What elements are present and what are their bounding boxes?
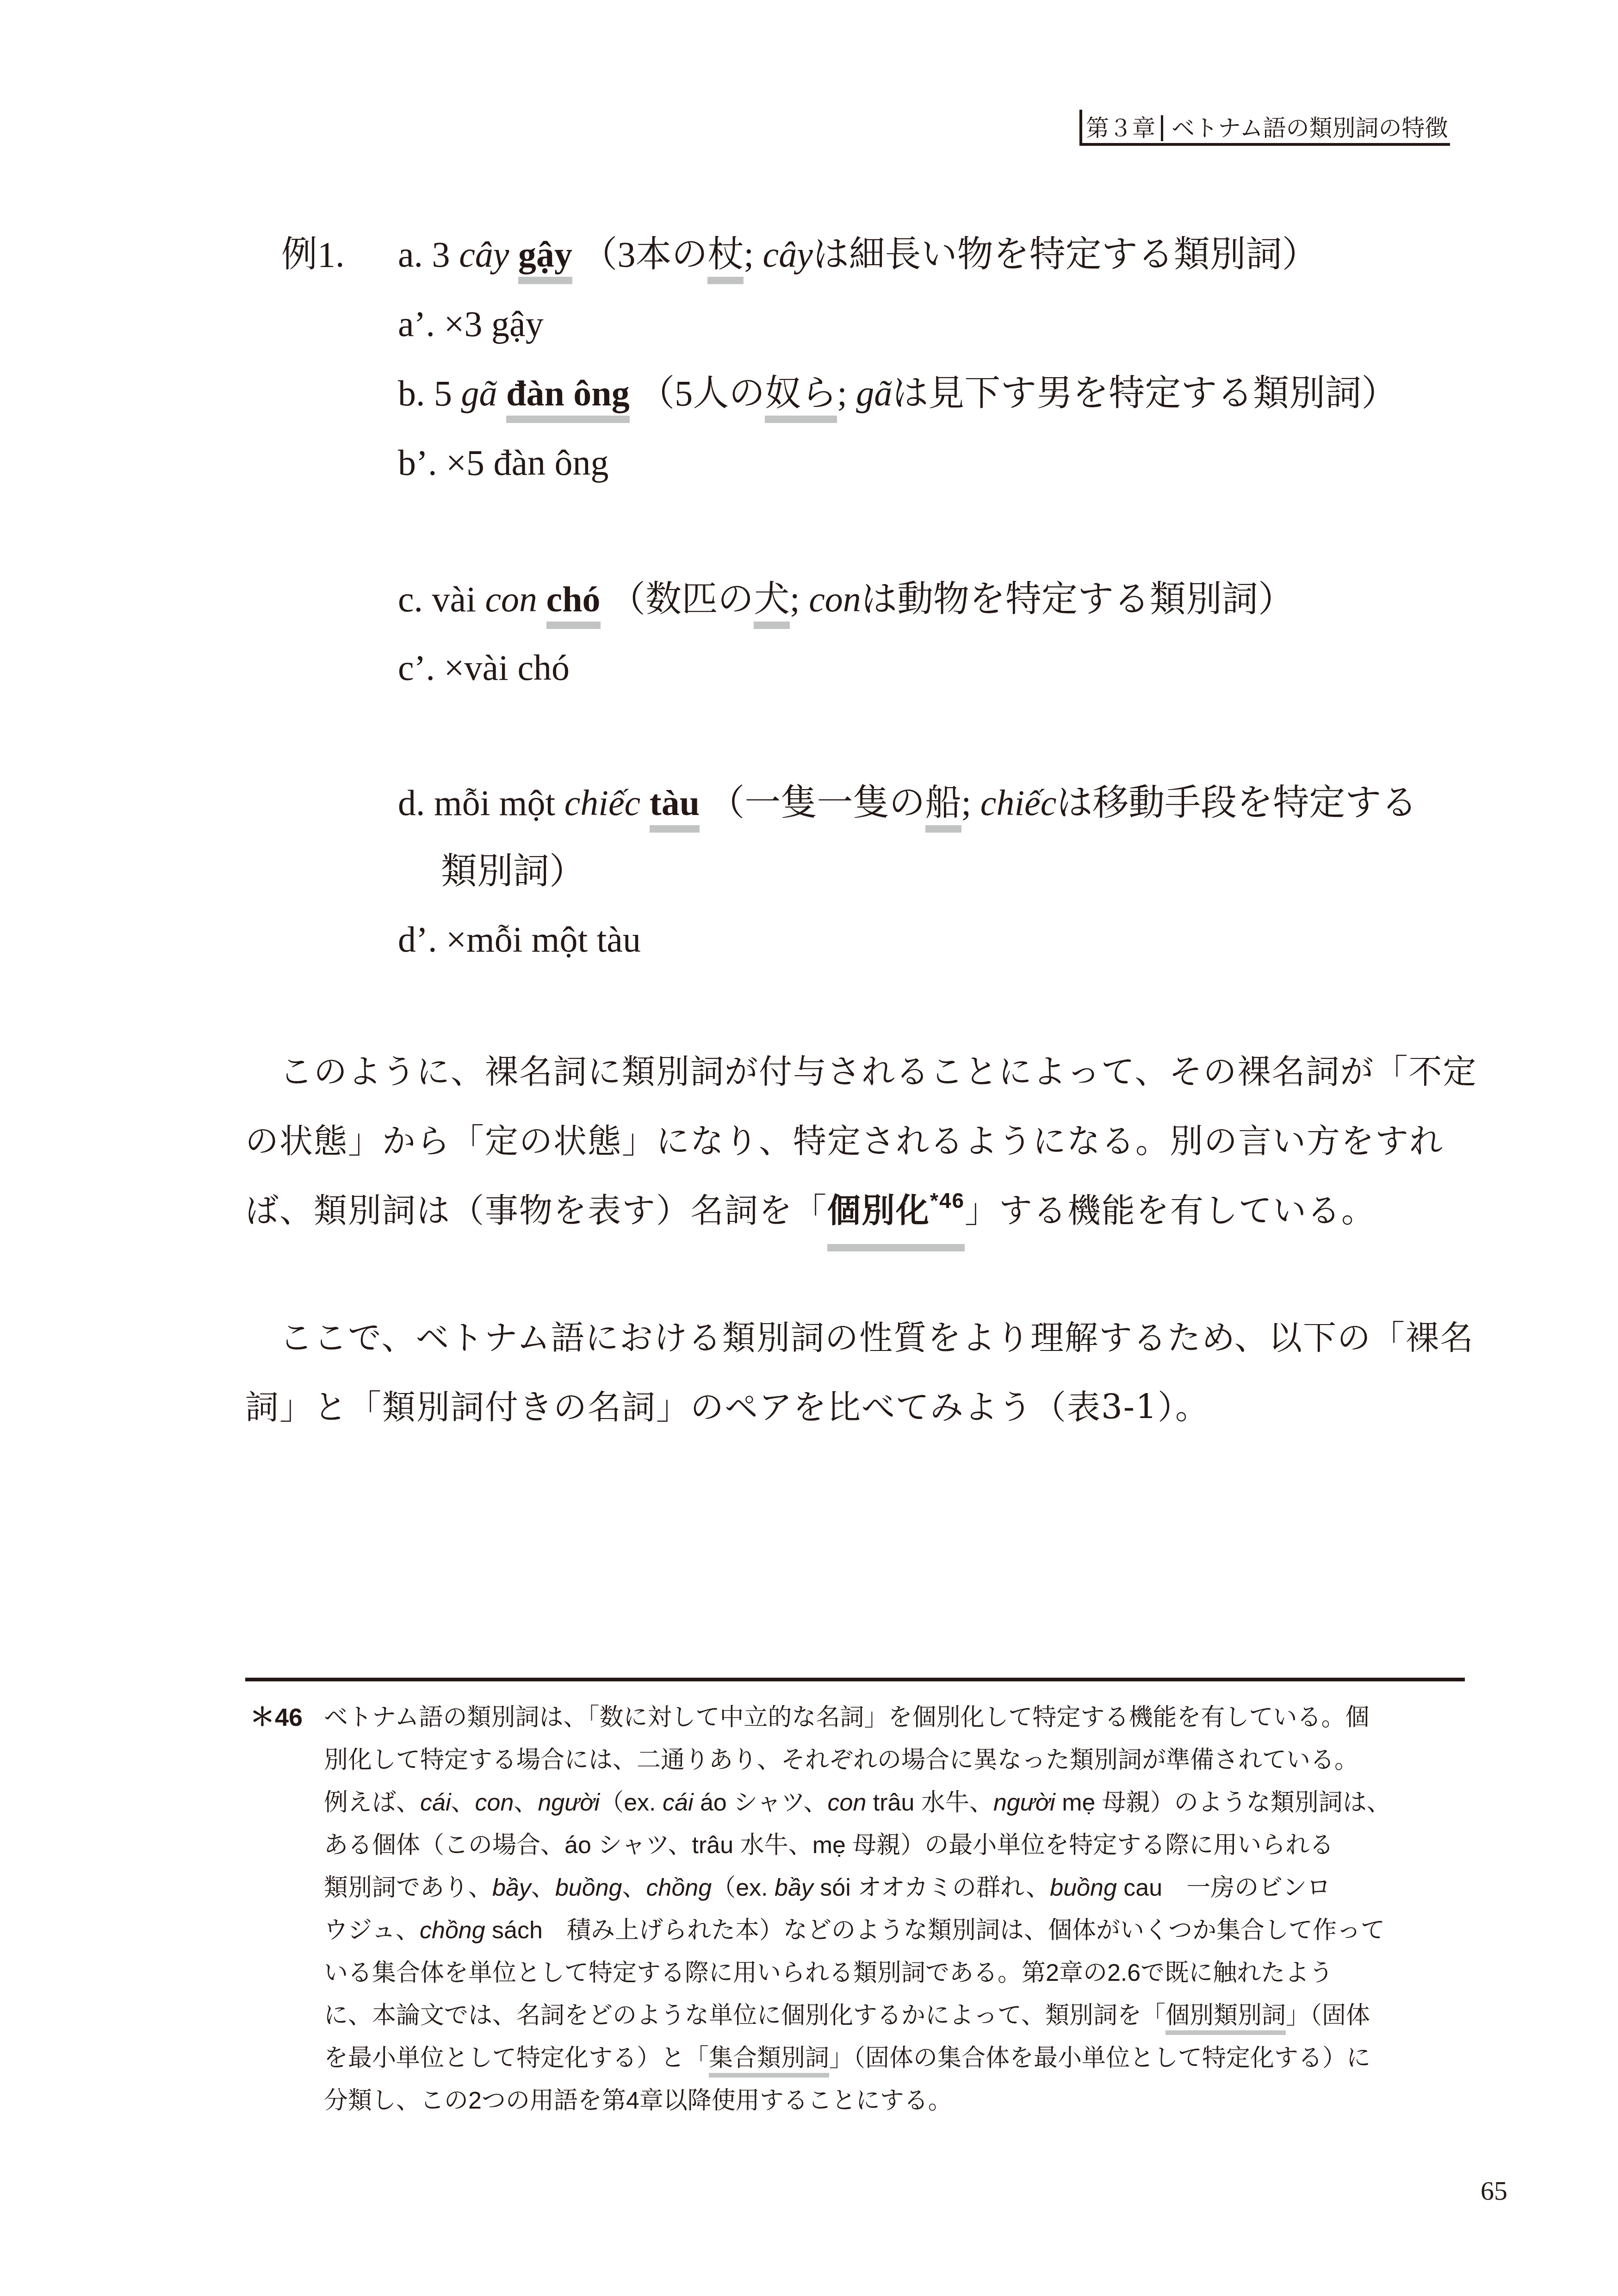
footnote-line: 例えば、cái、con、người（ex. cái áo シャツ、con trâ…: [324, 1781, 1471, 1824]
classifier: cái: [420, 1789, 451, 1816]
gloss-open: （3本の: [581, 234, 707, 274]
text: mẹ 母親）のような類別詞は、: [1055, 1789, 1391, 1816]
footnote-line: いる集合体を単位として特定する際に用いられる類別詞である。第2章の2.6で既に触…: [324, 1952, 1471, 1994]
gloss-separator: ;: [961, 783, 980, 823]
gloss-open: （5人の: [639, 373, 765, 413]
gloss-rest: は見下す男を特定する類別詞）: [892, 373, 1397, 413]
highlighted-noun: đàn ông: [506, 370, 630, 417]
classifier: con: [828, 1789, 867, 1816]
text: （ex.: [712, 1874, 775, 1901]
gloss-separator: ;: [837, 373, 856, 413]
text: trâu 水牛、: [866, 1789, 993, 1816]
text: cau 一房のビンロ: [1117, 1874, 1331, 1901]
row-prefix: c. vài: [398, 579, 485, 619]
example-row-c-prime: c’. ×vài chó: [398, 645, 570, 691]
text: 」（固体の集合体を最小単位として特定化する）に: [829, 2045, 1370, 2072]
running-head: 第３章 ベトナム語の類別詞の特徴: [1079, 110, 1450, 146]
text: 例えば、: [324, 1789, 420, 1816]
text: 、: [531, 1874, 555, 1901]
footnote-line: 分類し、この2つの用語を第4章以降使用することにする。: [324, 2079, 1471, 2122]
footnote-marker: ＊46: [250, 1696, 303, 1739]
footnote-line: ある個体（この場合、áo シャツ、trâu 水牛、mẹ 母親）の最小単位を特定す…: [324, 1824, 1471, 1867]
example-label: 例1.: [281, 231, 345, 278]
text: 、: [451, 1789, 475, 1816]
footnote-line: ベトナム語の類別詞は、「数に対して中立的な名詞」を個別化して特定する機能を有して…: [324, 1696, 1471, 1739]
classifier: chồng: [420, 1917, 485, 1944]
text: sách 積み上げられた本）などのような類別詞は、個体がいくつか集合して作って: [485, 1917, 1385, 1944]
highlighted-gloss: 犬: [754, 576, 790, 622]
highlighted-term: 集合類別詞: [709, 2037, 829, 2079]
classifier: gã: [461, 373, 497, 413]
footnote-line: 別化して特定する場合には、二通りあり、それぞれの場合に異なった類別詞が準備されて…: [324, 1739, 1471, 1781]
classifier: chồng: [646, 1874, 712, 1901]
text: （ex.: [600, 1789, 663, 1816]
highlighted-gloss: 杖: [707, 231, 744, 278]
gloss-rest: は細長い物を特定する類別詞）: [813, 234, 1318, 274]
footnote-reference[interactable]: *46: [930, 1188, 965, 1213]
classifier: con: [485, 579, 537, 619]
classifier: con: [475, 1789, 514, 1816]
chapter-label: 第３章: [1082, 115, 1163, 141]
classifier: bầy: [775, 1874, 813, 1901]
text: 類別詞であり、: [324, 1874, 492, 1901]
gloss-classifier: con: [809, 579, 861, 619]
gloss-open: （一隻一隻の: [709, 783, 925, 823]
body-paragraph-2: ここで、ベトナム語における類別詞の性質をより理解するため、以下の「裸名 詞」と「…: [245, 1303, 1471, 1442]
text: 」（固体: [1286, 2002, 1370, 2029]
example-row-c: c. vài con chó （数匹の犬; conは動物を特定する類別詞）: [398, 576, 1294, 622]
chapter-title: ベトナム語の類別詞の特徴: [1172, 115, 1450, 141]
classifier: buồng: [1050, 1874, 1117, 1901]
text: に、本論文では、名詞をどのような単位に個別化するかによって、類別詞を「: [324, 2002, 1165, 2029]
page-number: 65: [1481, 2175, 1507, 2206]
footnote-line: 類別詞であり、bầy、buồng、chồng（ex. bầy sói オオカミの…: [324, 1867, 1471, 1909]
example-row-b: b. 5 gã đàn ông （5人の奴ら; gãは見下す男を特定する類別詞）: [398, 370, 1397, 417]
highlighted-term: 個別類別詞: [1165, 1994, 1286, 2037]
footnote-line: ウジュ、chồng sách 積み上げられた本）などのような類別詞は、個体がいく…: [324, 1909, 1471, 1952]
gloss-classifier: chiếc: [980, 783, 1057, 823]
classifier: cây: [459, 234, 509, 274]
row-prefix: a. 3: [398, 234, 459, 274]
gloss-separator: ;: [790, 579, 809, 619]
example-row-d-continuation: 類別詞）: [441, 848, 585, 895]
text: を最小単位として特定化する）と「: [324, 2045, 709, 2072]
example-row-b-prime: b’. ×5 đàn ông: [398, 440, 609, 486]
body-paragraph-1: このように、裸名詞に類別詞が付与されることによって、その裸名詞が「不定 の状態」…: [245, 1037, 1471, 1245]
footnote-divider: [245, 1678, 1465, 1681]
paragraph-line: ば、類別詞は（事物を表す）名詞を「個別化*46」する機能を有している。: [245, 1176, 1471, 1245]
highlighted-noun: tàu: [650, 780, 700, 826]
footnote-body: ベトナム語の類別詞は、「数に対して中立的な名詞」を個別化して特定する機能を有して…: [324, 1696, 1471, 2122]
text: 、: [622, 1874, 646, 1901]
line-text: ば、類別詞は（事物を表す）名詞を「: [245, 1191, 827, 1230]
paragraph-line: 詞」と「類別詞付きの名詞」のペアを比べてみよう（表3-1）。: [245, 1372, 1471, 1442]
footnote-line: を最小単位として特定化する）と「集合類別詞」（固体の集合体を最小単位として特定化…: [324, 2037, 1471, 2079]
text: sói オオカミの群れ、: [813, 1874, 1050, 1901]
classifier: bầy: [492, 1874, 531, 1901]
line-text: 」する機能を有している。: [965, 1191, 1376, 1230]
gloss-classifier: gã: [856, 373, 892, 413]
row-prefix: d. mỗi một: [398, 783, 564, 823]
paragraph-line: の状態」から「定の状態」になり、特定されるようになる。別の言い方をすれ: [245, 1106, 1471, 1176]
paragraph-line: ここで、ベトナム語における類別詞の性質をより理解するため、以下の「裸名: [245, 1303, 1471, 1372]
classifier: người: [538, 1789, 600, 1816]
classifier: người: [993, 1789, 1055, 1816]
gloss-separator: ;: [744, 234, 763, 274]
text: áo シャツ、: [693, 1789, 827, 1816]
paragraph-line: このように、裸名詞に類別詞が付与されることによって、その裸名詞が「不定: [245, 1037, 1471, 1106]
gloss-rest: は移動手段を特定する: [1056, 783, 1417, 823]
example-row-a-prime: a’. ×3 gậy: [398, 301, 544, 347]
example-row-d: d. mỗi một chiếc tàu （一隻一隻の船; chiếcは移動手段…: [398, 780, 1417, 826]
classifier: chiếc: [564, 783, 641, 823]
gloss-rest: は動物を特定する類別詞）: [861, 579, 1294, 619]
text: 、: [514, 1789, 538, 1816]
gloss-classifier: cây: [763, 234, 813, 274]
classifier: buồng: [555, 1874, 622, 1901]
highlighted-gloss: 奴ら: [765, 370, 837, 417]
highlighted-gloss: 船: [925, 780, 961, 826]
highlighted-noun: gậy: [518, 231, 572, 278]
highlighted-term: 個別化*46: [827, 1176, 965, 1245]
text: ウジュ、: [324, 1917, 420, 1944]
example-row-a: a. 3 cây gậy （3本の杖; câyは細長い物を特定する類別詞）: [398, 231, 1318, 278]
example-row-d-prime: d’. ×mỗi một tàu: [398, 916, 641, 963]
gloss-open: （数匹の: [609, 579, 754, 619]
highlighted-noun: chó: [546, 576, 601, 622]
term-text: 個別化: [827, 1190, 930, 1230]
classifier: cái: [663, 1789, 693, 1816]
footnote-line: に、本論文では、名詞をどのような単位に個別化するかによって、類別詞を「個別類別詞…: [324, 1994, 1471, 2037]
row-prefix: b. 5: [398, 373, 461, 413]
